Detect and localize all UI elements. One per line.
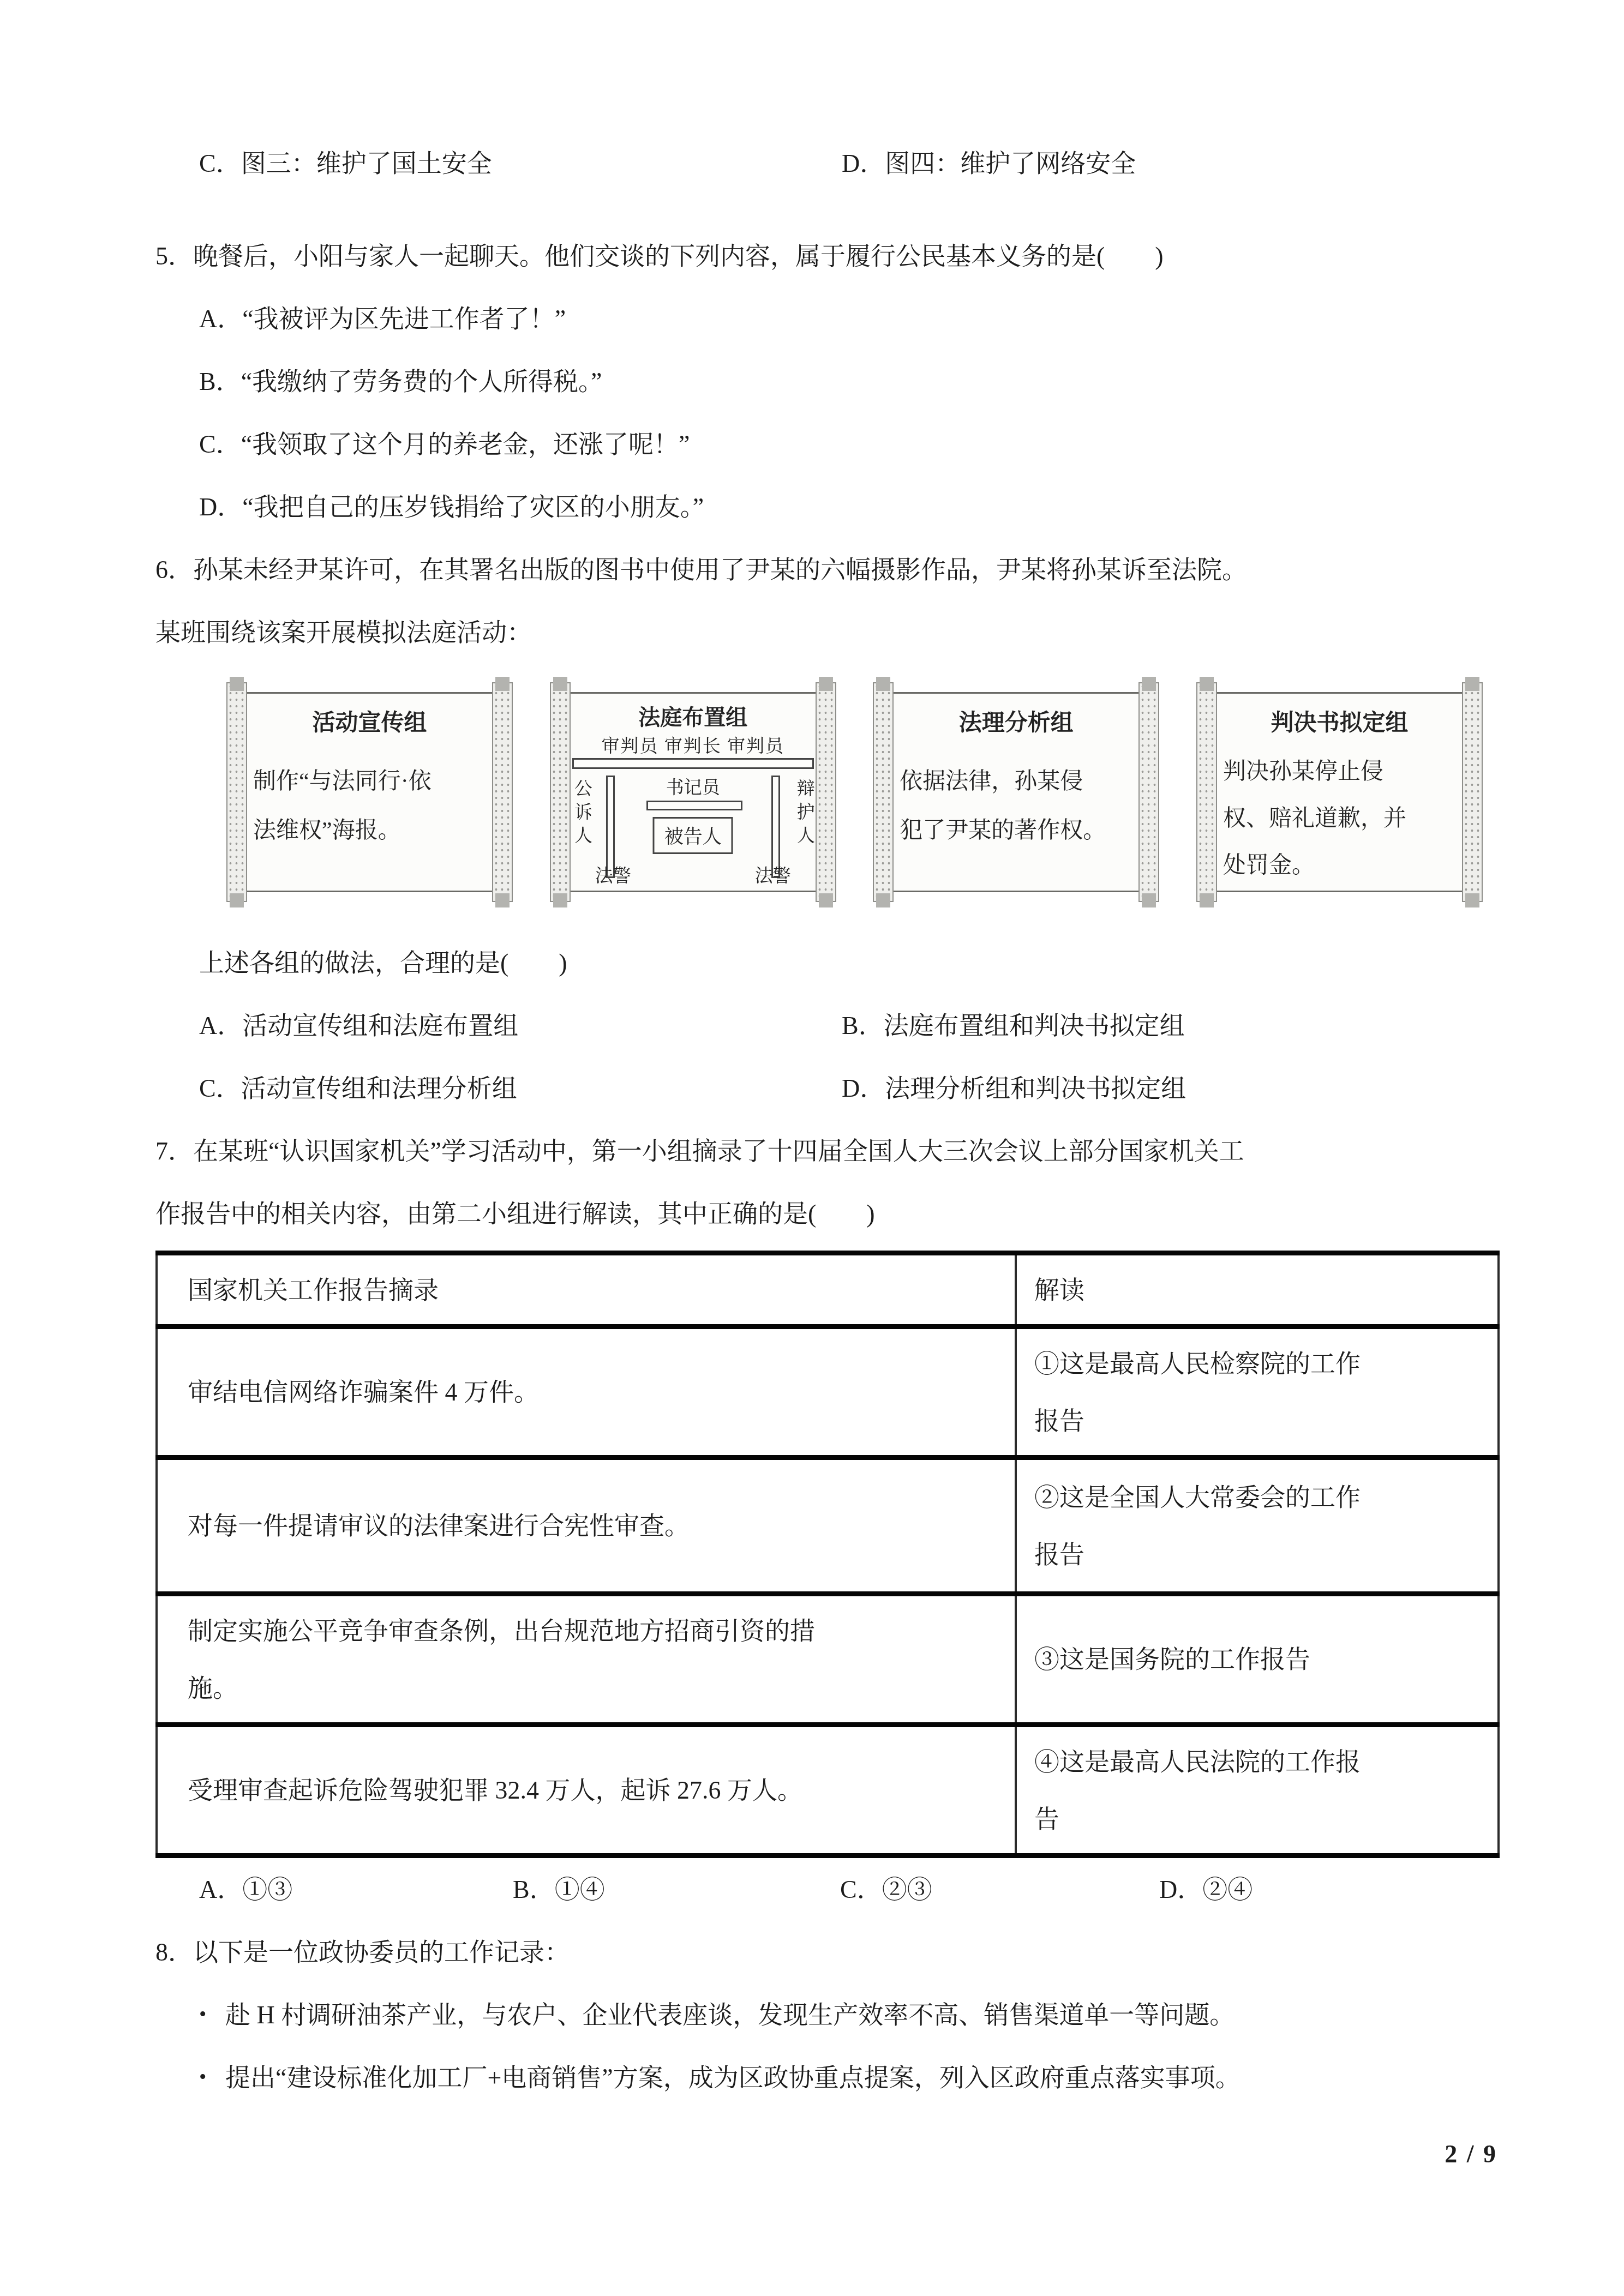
- q5-option-d: D．“我把自己的压岁钱捐给了灾区的小朋友。”: [155, 476, 1497, 538]
- q6-options-row-1: A．活动宣传组和法庭布置组 B．法庭布置组和判决书拟定组: [155, 994, 1497, 1057]
- scroll-cap-icon: [553, 893, 567, 907]
- table-row: 制定实施公平竞争审查条例，出台规范地方招商引资的措 施。 ③这是国务院的工作报告: [157, 1594, 1499, 1725]
- scroll-paper: 法理分析组 依据法律，孙某侵 犯了尹某的著作权。: [882, 692, 1150, 892]
- bailiff-right-label: 法警: [755, 862, 791, 887]
- scroll-rod-icon: [873, 682, 894, 902]
- q7-option-a: A．①③: [199, 1858, 513, 1921]
- table-row: 审结电信网络诈骗案件 4 万件。 ①这是最高人民检察院的工作 报告: [157, 1327, 1499, 1458]
- scroll-activity-publicity-group: 活动宣传组 制作“与法同行·依 法维权”海报。: [221, 679, 518, 905]
- scroll4-title: 判决书拟定组: [1207, 705, 1472, 737]
- scroll3-text: 依据法律，孙某侵 犯了尹某的著作权。: [900, 757, 1132, 855]
- scroll-cap-icon: [1142, 677, 1156, 691]
- scroll-paper: 活动宣传组 制作“与法同行·依 法维权”海报。: [235, 692, 504, 892]
- defendant-box: 被告人: [653, 817, 733, 854]
- scroll-cap-icon: [876, 677, 890, 691]
- scroll-cap-icon: [876, 893, 890, 907]
- page-content: C．图三：维护了国土安全 D．图四：维护了网络安全 5．晚餐后，小阳与家人一起聊…: [155, 132, 1497, 2185]
- scroll-rod-icon: [550, 682, 571, 902]
- bullet-icon: •: [199, 2046, 225, 2109]
- q8-record-1-text: 赴 H 村调研油茶产业，与农户、企业代表座谈，发现生产效率不高、销售渠道单一等问…: [225, 1984, 1235, 2046]
- row4-interpretation: ④这是最高人民法院的工作报 告: [1016, 1725, 1499, 1856]
- row4-excerpt: 受理审查起诉危险驾驶犯罪 32.4 万人，起诉 27.6 万人。: [157, 1725, 1016, 1856]
- scroll-rod-icon: [1138, 682, 1159, 902]
- scroll-cap-icon: [1465, 893, 1479, 907]
- scroll-cap-icon: [1200, 677, 1214, 691]
- q6-option-c: C．活动宣传组和法理分析组: [199, 1057, 842, 1120]
- header-interpretation: 解读: [1016, 1253, 1499, 1327]
- scroll-paper: 判决书拟定组 判决孙某停止侵 权、赔礼道歉，并 处罚金。: [1205, 692, 1474, 892]
- judges-row-label: 审判员 审判长 审判员: [560, 732, 826, 758]
- q7-report-table: 国家机关工作报告摘录 解读 审结电信网络诈骗案件 4 万件。 ①这是最高人民检察…: [155, 1251, 1500, 1858]
- q6-option-d: D．法理分析组和判决书拟定组: [842, 1057, 1497, 1120]
- scroll-court-setup-group: 法庭布置组 审判员 审判长 审判员 书记员 公诉人 被告人 辩护人 法警 法警: [544, 679, 842, 905]
- bailiff-left-label: 法警: [595, 862, 631, 887]
- scroll-cap-icon: [1142, 893, 1156, 907]
- clerk-desk-shape: [646, 801, 742, 810]
- page-number: 2 / 9: [155, 2123, 1497, 2185]
- clerk-label: 书记员: [560, 773, 826, 799]
- scroll1-title: 活动宣传组: [237, 705, 502, 737]
- scroll-rod-icon: [226, 682, 247, 902]
- scroll-rod-icon: [1462, 682, 1483, 902]
- q4-option-d: D．图四：维护了网络安全: [842, 132, 1497, 195]
- header-excerpt: 国家机关工作报告摘录: [157, 1253, 1016, 1327]
- table-row: 对每一件提请审议的法律案进行合宪性审查。 ②这是全国人大常委会的工作 报告: [157, 1458, 1499, 1594]
- exam-page: C．图三：维护了国土安全 D．图四：维护了网络安全 5．晚餐后，小阳与家人一起聊…: [0, 0, 1624, 2296]
- scroll-judgment-drafting-group: 判决书拟定组 判决孙某停止侵 权、赔礼道歉，并 处罚金。: [1191, 679, 1488, 905]
- scroll-legal-analysis-group: 法理分析组 依据法律，孙某侵 犯了尹某的著作权。: [867, 679, 1165, 905]
- q5-option-c: C．“我领取了这个月的养老金，还涨了呢！”: [155, 413, 1497, 476]
- scroll-cap-icon: [230, 677, 244, 691]
- scroll-rod-icon: [816, 682, 836, 902]
- scroll-rod-icon: [1196, 682, 1217, 902]
- scroll-paper: 法庭布置组 审判员 审判长 审判员 书记员 公诉人 被告人 辩护人 法警 法警: [559, 692, 828, 892]
- mock-court-scroll-figures: 活动宣传组 制作“与法同行·依 法维权”海报。 法庭布置组 审判员 审判长 审判…: [221, 679, 1488, 905]
- question-6-stem: 6．孙某未经尹某许可，在其署名出版的图书中使用了尹某的六幅摄影作品，尹某将孙某诉…: [155, 538, 1497, 664]
- q8-record-2: • 提出“建设标准化加工厂+电商销售”方案，成为区政协重点提案，列入区政府重点落…: [155, 2046, 1497, 2109]
- judges-bench-shape: [572, 758, 814, 769]
- table-row: 受理审查起诉危险驾驶犯罪 32.4 万人，起诉 27.6 万人。 ④这是最高人民…: [157, 1725, 1499, 1856]
- row1-excerpt: 审结电信网络诈骗案件 4 万件。: [157, 1327, 1016, 1458]
- scroll-cap-icon: [553, 677, 567, 691]
- scroll-cap-icon: [495, 677, 510, 691]
- q6-options-row-2: C．活动宣传组和法理分析组 D．法理分析组和判决书拟定组: [155, 1057, 1497, 1120]
- scroll-rod-icon: [492, 682, 513, 902]
- row2-interpretation: ②这是全国人大常委会的工作 报告: [1016, 1458, 1499, 1594]
- scroll-cap-icon: [819, 893, 833, 907]
- scroll2-title: 法庭布置组: [560, 700, 826, 731]
- scroll-cap-icon: [495, 893, 510, 907]
- scroll4-text: 判决孙某停止侵 权、赔礼道歉，并 处罚金。: [1223, 748, 1456, 889]
- row1-interpretation: ①这是最高人民检察院的工作 报告: [1016, 1327, 1499, 1458]
- q5-option-b: B．“我缴纳了劳务费的个人所得税。”: [155, 350, 1497, 413]
- q6-option-b: B．法庭布置组和判决书拟定组: [842, 994, 1497, 1057]
- scroll-cap-icon: [819, 677, 833, 691]
- q4-option-c: C．图三：维护了国土安全: [199, 132, 842, 195]
- q4-options-row: C．图三：维护了国土安全 D．图四：维护了网络安全: [155, 132, 1497, 195]
- scroll-cap-icon: [230, 893, 244, 907]
- bullet-icon: •: [199, 1984, 225, 2046]
- q5-option-a: A．“我被评为区先进工作者了！”: [155, 287, 1497, 350]
- row2-excerpt: 对每一件提请审议的法律案进行合宪性审查。: [157, 1458, 1016, 1594]
- scroll1-text: 制作“与法同行·依 法维权”海报。: [253, 757, 486, 855]
- question-5-stem: 5．晚餐后，小阳与家人一起聊天。他们交谈的下列内容，属于履行公民基本义务的是( …: [155, 225, 1497, 287]
- question-7-stem: 7．在某班“认识国家机关”学习活动中，第一小组摘录了十四届全国人大三次会议上部分…: [155, 1120, 1497, 1245]
- q7-option-d: D．②④: [1159, 1858, 1497, 1921]
- q8-record-2-text: 提出“建设标准化加工厂+电商销售”方案，成为区政协重点提案，列入区政府重点落实事…: [225, 2046, 1241, 2109]
- scroll-cap-icon: [1465, 677, 1479, 691]
- courtroom-diagram: 法庭布置组 审判员 审判长 审判员 书记员 公诉人 被告人 辩护人 法警 法警: [560, 694, 826, 891]
- row3-interpretation: ③这是国务院的工作报告: [1016, 1594, 1499, 1725]
- table-header-row: 国家机关工作报告摘录 解读: [157, 1253, 1499, 1327]
- q8-record-1: • 赴 H 村调研油茶产业，与农户、企业代表座谈，发现生产效率不高、销售渠道单一…: [155, 1984, 1497, 2046]
- scroll3-title: 法理分析组: [883, 705, 1149, 737]
- q7-option-c: C．②③: [840, 1858, 1159, 1921]
- row3-excerpt: 制定实施公平竞争审查条例，出台规范地方招商引资的措 施。: [157, 1594, 1016, 1725]
- defender-label: 辩护人: [792, 779, 817, 849]
- question-8-stem: 8．以下是一位政协委员的工作记录：: [155, 1921, 1497, 1984]
- q6-option-a: A．活动宣传组和法庭布置组: [199, 994, 842, 1057]
- q7-option-b: B．①④: [513, 1858, 840, 1921]
- q7-options-row: A．①③ B．①④ C．②③ D．②④: [155, 1858, 1497, 1921]
- question-6-prompt: 上述各组的做法，合理的是( ): [155, 931, 1497, 994]
- scroll-cap-icon: [1200, 893, 1214, 907]
- prosecutor-label: 公诉人: [569, 779, 595, 849]
